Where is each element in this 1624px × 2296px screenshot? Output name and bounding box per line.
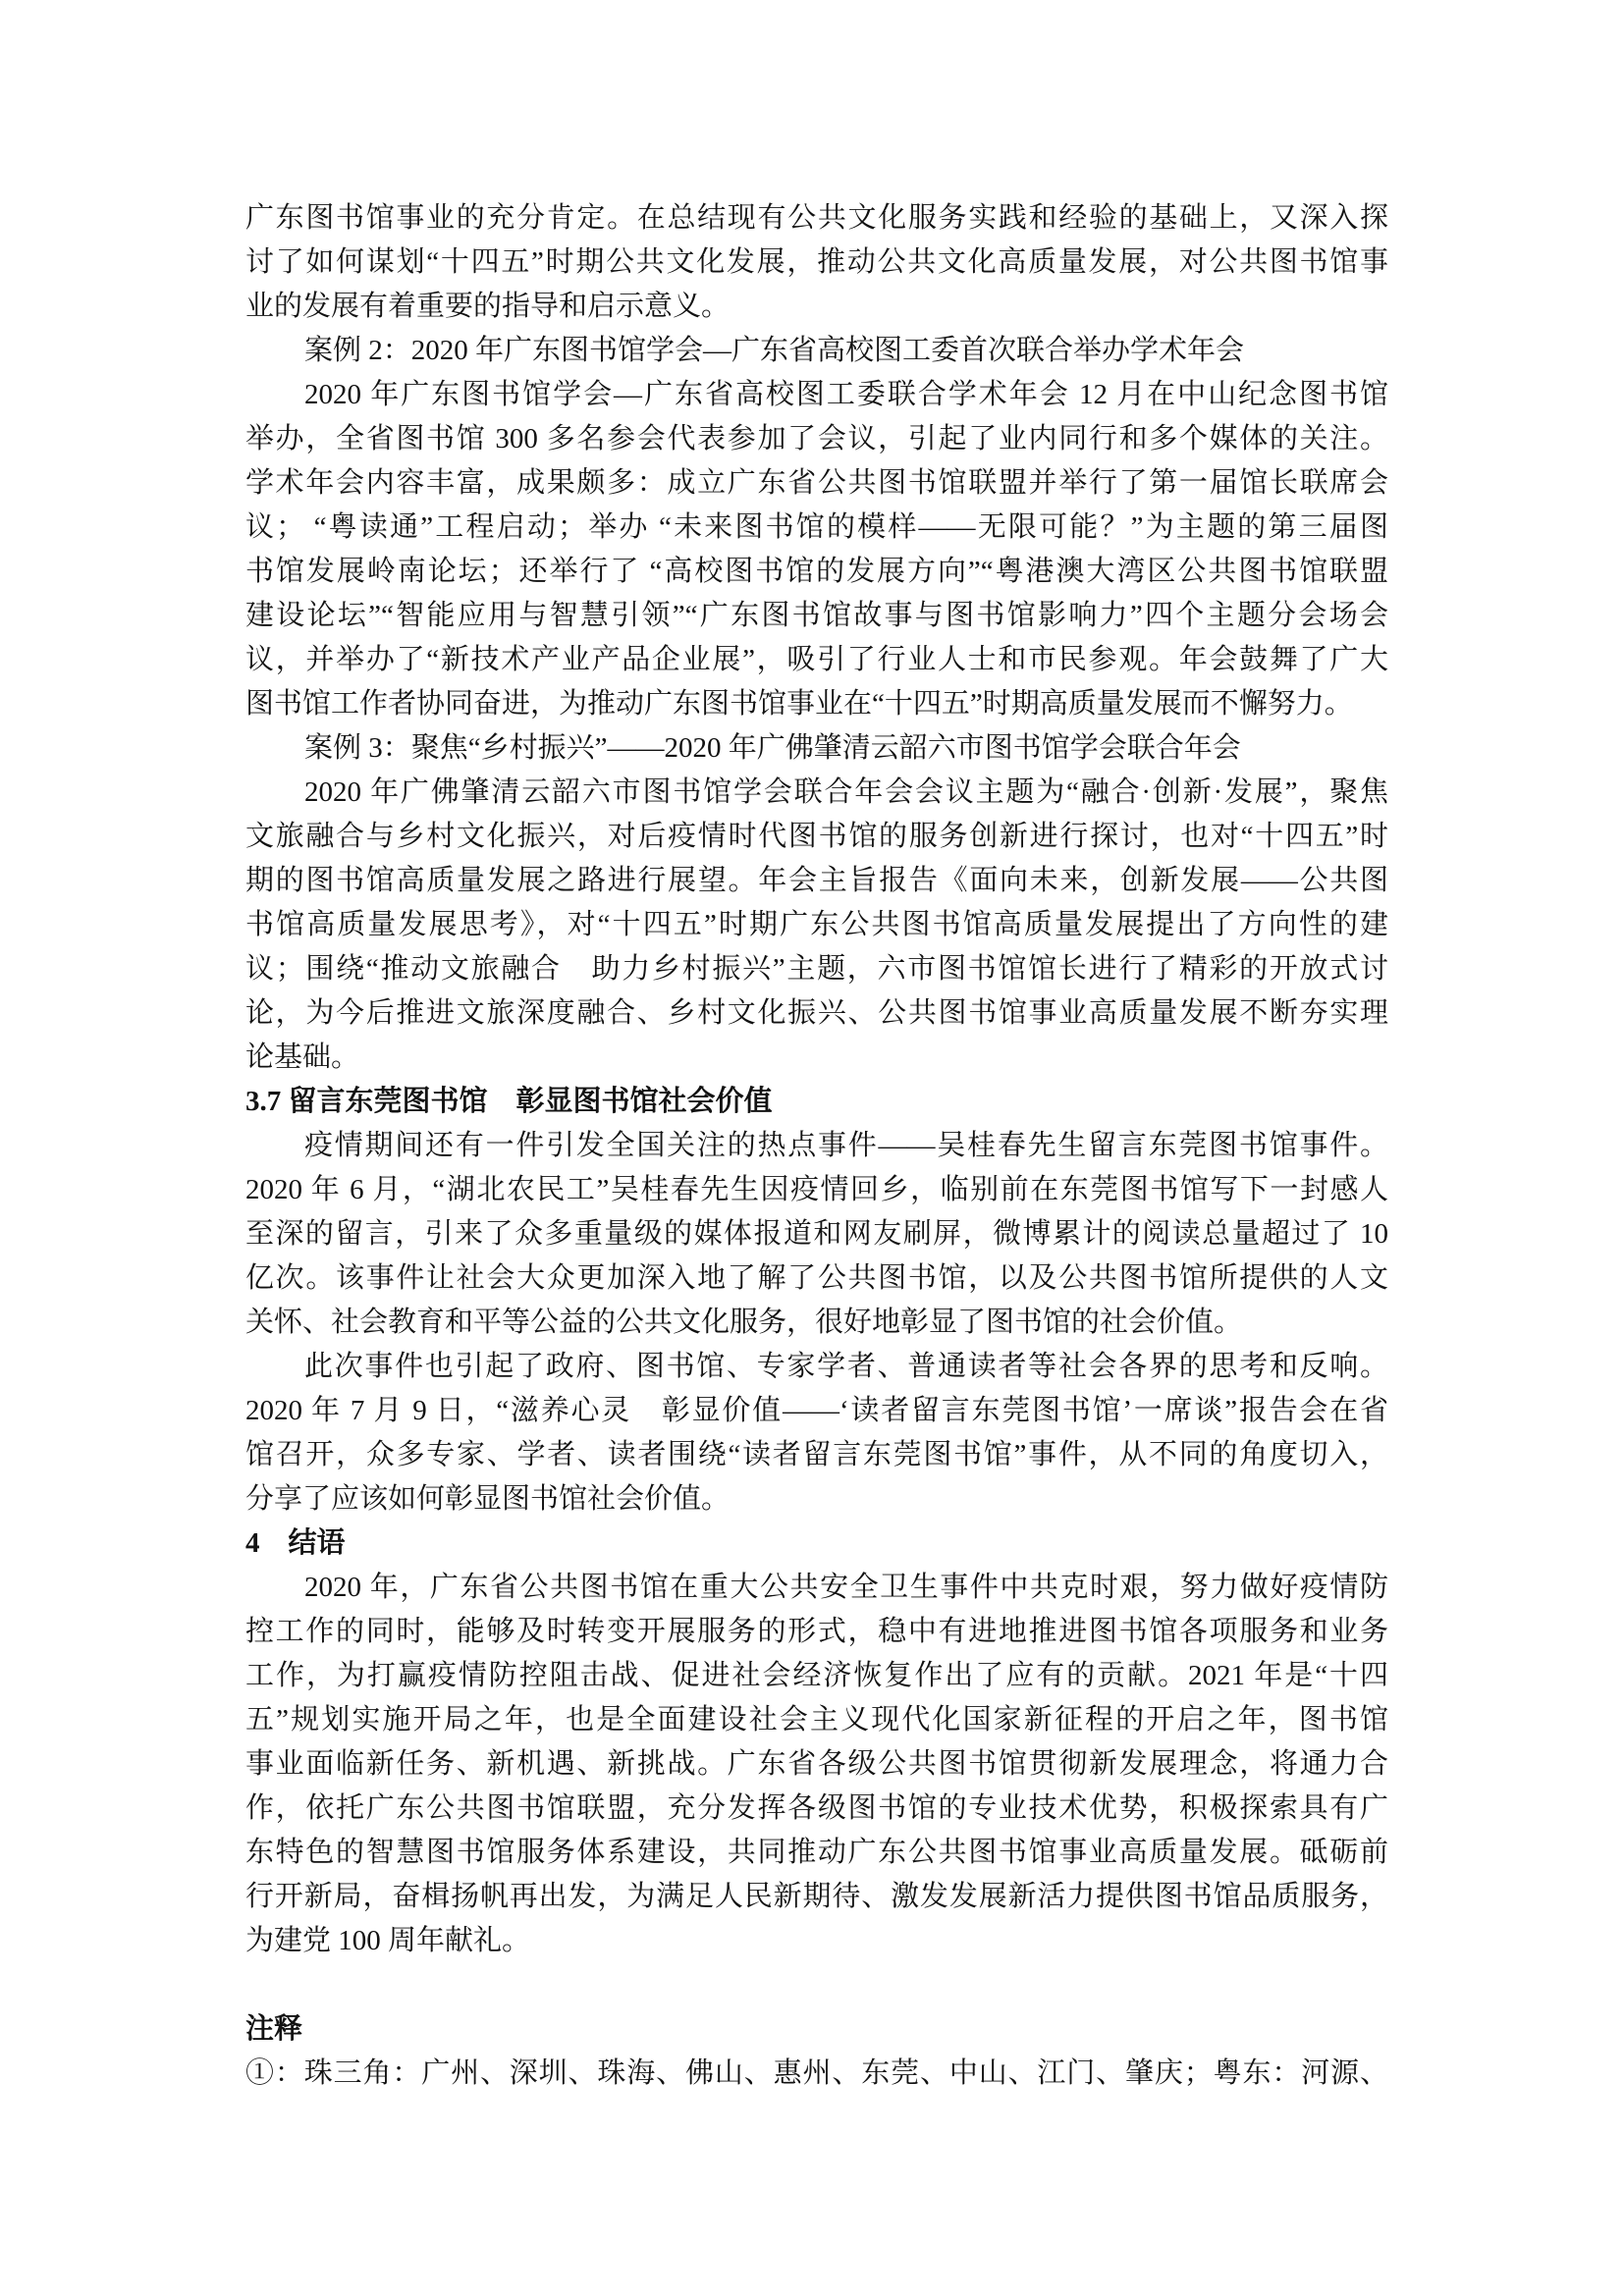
text-line: 亿次。该事件让社会大众更加深入地了解了公共图书馆，以及公共图书馆所提供的人文 — [245, 1256, 1388, 1301]
text-line: 图书馆工作者协同奋进，为推动广东图书馆事业在“十四五”时期高质量发展而不懈努力。 — [245, 682, 1388, 726]
text-line: 学术年会内容丰富，成果颇多：成立广东省公共图书馆联盟并举行了第一届馆长联席会 — [245, 461, 1388, 506]
text-line: 此次事件也引起了政府、图书馆、专家学者、普通读者等社会各界的思考和反响。 — [245, 1345, 1388, 1389]
text-line: 议；围绕“推动文旅融合 助力乡村振兴”主题，六市图书馆馆长进行了精彩的开放式讨 — [245, 947, 1388, 991]
text-line: 控工作的同时，能够及时转变开展服务的形式，稳中有进地推进图书馆各项服务和业务 — [245, 1610, 1388, 1654]
text-line: 为建党 100 周年献礼。 — [245, 1919, 1388, 1963]
text-line: 2020 年广东图书馆学会—广东省高校图工委联合学术年会 12 月在中山纪念图书… — [245, 373, 1388, 417]
text-line: 业的发展有着重要的指导和启示意义。 — [245, 285, 1388, 329]
text-line: 东特色的智慧图书馆服务体系建设，共同推动广东公共图书馆事业高质量发展。砥砺前 — [245, 1831, 1388, 1875]
document-page: 广东图书馆事业的充分肯定。在总结现有公共文化服务实践和经验的基础上，又深入探讨了… — [0, 0, 1624, 2296]
text-line: 期的图书馆高质量发展之路进行展望。年会主旨报告《面向未来，创新发展——公共图 — [245, 859, 1388, 903]
text-line: 分享了应该如何彰显图书馆社会价值。 — [245, 1477, 1388, 1522]
text-line: 议，并举办了“新技术产业产品企业展”，吸引了行业人士和市民参观。年会鼓舞了广大 — [245, 638, 1388, 682]
text-line: 作，依托广东公共图书馆联盟，充分发挥各级图书馆的专业技术优势，积极探索具有广 — [245, 1787, 1388, 1831]
text-line: 文旅融合与乡村文化振兴，对后疫情时代图书馆的服务创新进行探讨，也对“十四五”时 — [245, 815, 1388, 859]
text-line: 书馆发展岭南论坛；还举行了 “高校图书馆的发展方向”“粤港澳大湾区公共图书馆联盟 — [245, 550, 1388, 594]
section-heading: 注释 — [245, 2007, 1388, 2052]
section-heading: 3.7 留言东莞图书馆 彰显图书馆社会价值 — [245, 1080, 1388, 1124]
text-line: 馆召开，众多专家、学者、读者围绕“读者留言东莞图书馆”事件，从不同的角度切入， — [245, 1433, 1388, 1477]
text-line: 事业面临新任务、新机遇、新挑战。广东省各级公共图书馆贯彻新发展理念，将通力合 — [245, 1742, 1388, 1787]
text-line: 书馆高质量发展思考》，对“十四五”时期广东公共图书馆高质量发展提出了方向性的建 — [245, 903, 1388, 947]
text-line: 行开新局，奋楫扬帆再出发，为满足人民新期待、激发发展新活力提供图书馆品质服务， — [245, 1875, 1388, 1919]
text-line: 建设论坛”“智能应用与智慧引领”“广东图书馆故事与图书馆影响力”四个主题分会场会 — [245, 594, 1388, 638]
text-line: 疫情期间还有一件引发全国关注的热点事件——吴桂春先生留言东莞图书馆事件。 — [245, 1124, 1388, 1168]
text-line: 五”规划实施开局之年，也是全面建设社会主义现代化国家新征程的开启之年，图书馆 — [245, 1698, 1388, 1742]
text-line: 2020 年广佛肇清云韶六市图书馆学会联合年会会议主题为“融合·创新·发展”，聚… — [245, 771, 1388, 815]
text-line: 2020 年 6 月，“湖北农民工”吴桂春先生因疫情回乡，临别前在东莞图书馆写下… — [245, 1168, 1388, 1212]
text-column: 广东图书馆事业的充分肯定。在总结现有公共文化服务实践和经验的基础上，又深入探讨了… — [245, 196, 1388, 2096]
text-line: 论基础。 — [245, 1036, 1388, 1080]
text-line: 论，为今后推进文旅深度融合、乡村文化振兴、公共图书馆事业高质量发展不断夯实理 — [245, 991, 1388, 1036]
text-line: 关怀、社会教育和平等公益的公共文化服务，很好地彰显了图书馆的社会价值。 — [245, 1301, 1388, 1345]
text-line: 广东图书馆事业的充分肯定。在总结现有公共文化服务实践和经验的基础上，又深入探 — [245, 196, 1388, 240]
text-line: 举办，全省图书馆 300 多名参会代表参加了会议，引起了业内同行和多个媒体的关注… — [245, 417, 1388, 461]
text-line: 案例 3：聚焦“乡村振兴”——2020 年广佛肇清云韶六市图书馆学会联合年会 — [245, 726, 1388, 771]
text-line: 2020 年，广东省公共图书馆在重大公共安全卫生事件中共克时艰，努力做好疫情防 — [245, 1566, 1388, 1610]
section-heading: 4 结语 — [245, 1522, 1388, 1566]
text-line: 至深的留言，引来了众多重量级的媒体报道和网友刷屏，微博累计的阅读总量超过了 10 — [245, 1212, 1388, 1256]
text-line: ①：珠三角：广州、深圳、珠海、佛山、惠州、东莞、中山、江门、肇庆；粤东：河源、 — [245, 2052, 1388, 2096]
text-line: 2020 年 7 月 9 日，“滋养心灵 彰显价值——‘读者留言东莞图书馆’一席… — [245, 1389, 1388, 1433]
text-line: 议； “粤读通”工程启动；举办 “未来图书馆的模样——无限可能？”为主题的第三届… — [245, 506, 1388, 550]
text-line: 讨了如何谋划“十四五”时期公共文化发展，推动公共文化高质量发展，对公共图书馆事 — [245, 240, 1388, 285]
text-line: 工作，为打赢疫情防控阻击战、促进社会经济恢复作出了应有的贡献。2021 年是“十… — [245, 1654, 1388, 1698]
text-line: 案例 2：2020 年广东图书馆学会—广东省高校图工委首次联合举办学术年会 — [245, 329, 1388, 373]
